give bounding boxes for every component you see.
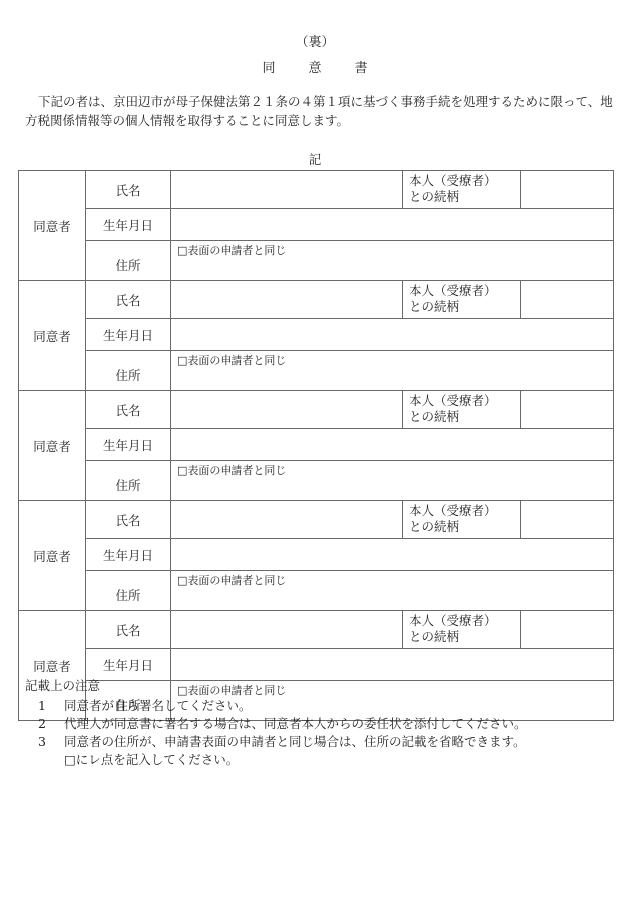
consenter-dob-row: 生年月日 (19, 649, 614, 681)
dob-field[interactable] (171, 539, 614, 571)
note-item: 2代理人が同意書に署名する場合は、同意者本人からの委任状を添付してください。 (38, 715, 527, 733)
consenter-label: 同意者 (19, 391, 86, 501)
consenter-address-row: 住所 □表面の申請者と同じ (19, 461, 614, 501)
consenter-label: 同意者 (19, 171, 86, 281)
relationship-label-line1: 本人（受療者） (409, 283, 497, 298)
consenter-name-row: 同意者 氏名 本人（受療者）との続柄 (19, 391, 614, 429)
notes-list: 1同意者が自ら署名してください。 2代理人が同意書に署名する場合は、同意者本人か… (38, 697, 527, 769)
name-field[interactable] (171, 611, 403, 649)
name-field[interactable] (171, 501, 403, 539)
dob-label: 生年月日 (86, 319, 171, 351)
dob-field[interactable] (171, 429, 614, 461)
note-item: 3同意者の住所が、申請書表面の申請者と同じ場合は、住所の記載を省略できます。 (38, 733, 527, 751)
address-field[interactable]: □表面の申請者と同じ (171, 571, 614, 611)
notes-heading: 記載上の注意 (25, 676, 100, 694)
consenter-name-row: 同意者 氏名 本人（受療者）との続柄 (19, 171, 614, 209)
name-field[interactable] (171, 281, 403, 319)
dob-field[interactable] (171, 209, 614, 241)
name-field[interactable] (171, 171, 403, 209)
note-text: □にレ点を記入してください。 (64, 751, 238, 769)
relationship-label-line1: 本人（受療者） (409, 393, 497, 408)
dob-label: 生年月日 (86, 209, 171, 241)
dob-field[interactable] (171, 649, 614, 681)
relationship-field[interactable] (521, 281, 614, 319)
consenter-dob-row: 生年月日 (19, 209, 614, 241)
consenter-address-row: 住所 □表面の申請者と同じ (19, 241, 614, 281)
consent-statement: 下記の者は、京田辺市が母子保健法第２１条の４第１項に基づく事務手続を処理するため… (25, 92, 615, 130)
consenter-address-row: 住所 □表面の申請者と同じ (19, 571, 614, 611)
name-label: 氏名 (86, 501, 171, 539)
relationship-label-line2: との続柄 (409, 189, 459, 204)
same-as-front-checkbox[interactable]: □表面の申請者と同じ (177, 684, 286, 697)
relationship-label-line1: 本人（受療者） (409, 613, 497, 628)
consenter-address-row: 住所 □表面の申請者と同じ (19, 351, 614, 391)
name-label: 氏名 (86, 171, 171, 209)
note-number: 3 (38, 733, 64, 751)
consenter-dob-row: 生年月日 (19, 429, 614, 461)
name-field[interactable] (171, 391, 403, 429)
same-as-front-checkbox[interactable]: □表面の申請者と同じ (177, 574, 286, 587)
consenter-label: 同意者 (19, 501, 86, 611)
note-item: 1同意者が自ら署名してください。 (38, 697, 527, 715)
relationship-label: 本人（受療者）との続柄 (403, 611, 521, 649)
consenter-dob-row: 生年月日 (19, 319, 614, 351)
consenter-name-row: 同意者 氏名 本人（受療者）との続柄 (19, 611, 614, 649)
consenter-label: 同意者 (19, 281, 86, 391)
ki-label: 記 (0, 150, 630, 168)
relationship-label-line2: との続柄 (409, 519, 459, 534)
address-label: 住所 (86, 241, 171, 281)
relationship-label: 本人（受療者）との続柄 (403, 391, 521, 429)
relationship-field[interactable] (521, 391, 614, 429)
relationship-label: 本人（受療者）との続柄 (403, 171, 521, 209)
same-as-front-checkbox[interactable]: □表面の申請者と同じ (177, 244, 286, 257)
relationship-field[interactable] (521, 611, 614, 649)
relationship-label-line2: との続柄 (409, 629, 459, 644)
relationship-label: 本人（受療者）との続柄 (403, 501, 521, 539)
same-as-front-checkbox[interactable]: □表面の申請者と同じ (177, 464, 286, 477)
page-title: 同 意 書 (0, 57, 630, 76)
dob-label: 生年月日 (86, 539, 171, 571)
note-item: □にレ点を記入してください。 (38, 751, 527, 769)
same-as-front-checkbox[interactable]: □表面の申請者と同じ (177, 354, 286, 367)
note-text: 同意者が自ら署名してください。 (64, 697, 252, 715)
dob-label: 生年月日 (86, 429, 171, 461)
address-label: 住所 (86, 461, 171, 501)
name-label: 氏名 (86, 611, 171, 649)
relationship-label-line1: 本人（受療者） (409, 503, 497, 518)
consenter-dob-row: 生年月日 (19, 539, 614, 571)
consent-table: 同意者 氏名 本人（受療者）との続柄 生年月日 住所 □表面の申請者と同じ 同意… (18, 170, 614, 721)
note-number: 1 (38, 697, 64, 715)
address-field[interactable]: □表面の申請者と同じ (171, 241, 614, 281)
address-label: 住所 (86, 351, 171, 391)
note-text: 同意者の住所が、申請書表面の申請者と同じ場合は、住所の記載を省略できます。 (64, 733, 526, 751)
address-label: 住所 (86, 571, 171, 611)
back-side-label: （裏） (0, 31, 630, 50)
note-text: 代理人が同意書に署名する場合は、同意者本人からの委任状を添付してください。 (64, 715, 527, 733)
note-number: 2 (38, 715, 64, 733)
relationship-label-line2: との続柄 (409, 409, 459, 424)
relationship-field[interactable] (521, 171, 614, 209)
name-label: 氏名 (86, 391, 171, 429)
name-label: 氏名 (86, 281, 171, 319)
relationship-field[interactable] (521, 501, 614, 539)
relationship-label: 本人（受療者）との続柄 (403, 281, 521, 319)
dob-field[interactable] (171, 319, 614, 351)
consenter-name-row: 同意者 氏名 本人（受療者）との続柄 (19, 501, 614, 539)
address-field[interactable]: □表面の申請者と同じ (171, 461, 614, 501)
consenter-name-row: 同意者 氏名 本人（受療者）との続柄 (19, 281, 614, 319)
note-number (38, 751, 64, 769)
relationship-label-line2: との続柄 (409, 299, 459, 314)
address-field[interactable]: □表面の申請者と同じ (171, 351, 614, 391)
relationship-label-line1: 本人（受療者） (409, 173, 497, 188)
